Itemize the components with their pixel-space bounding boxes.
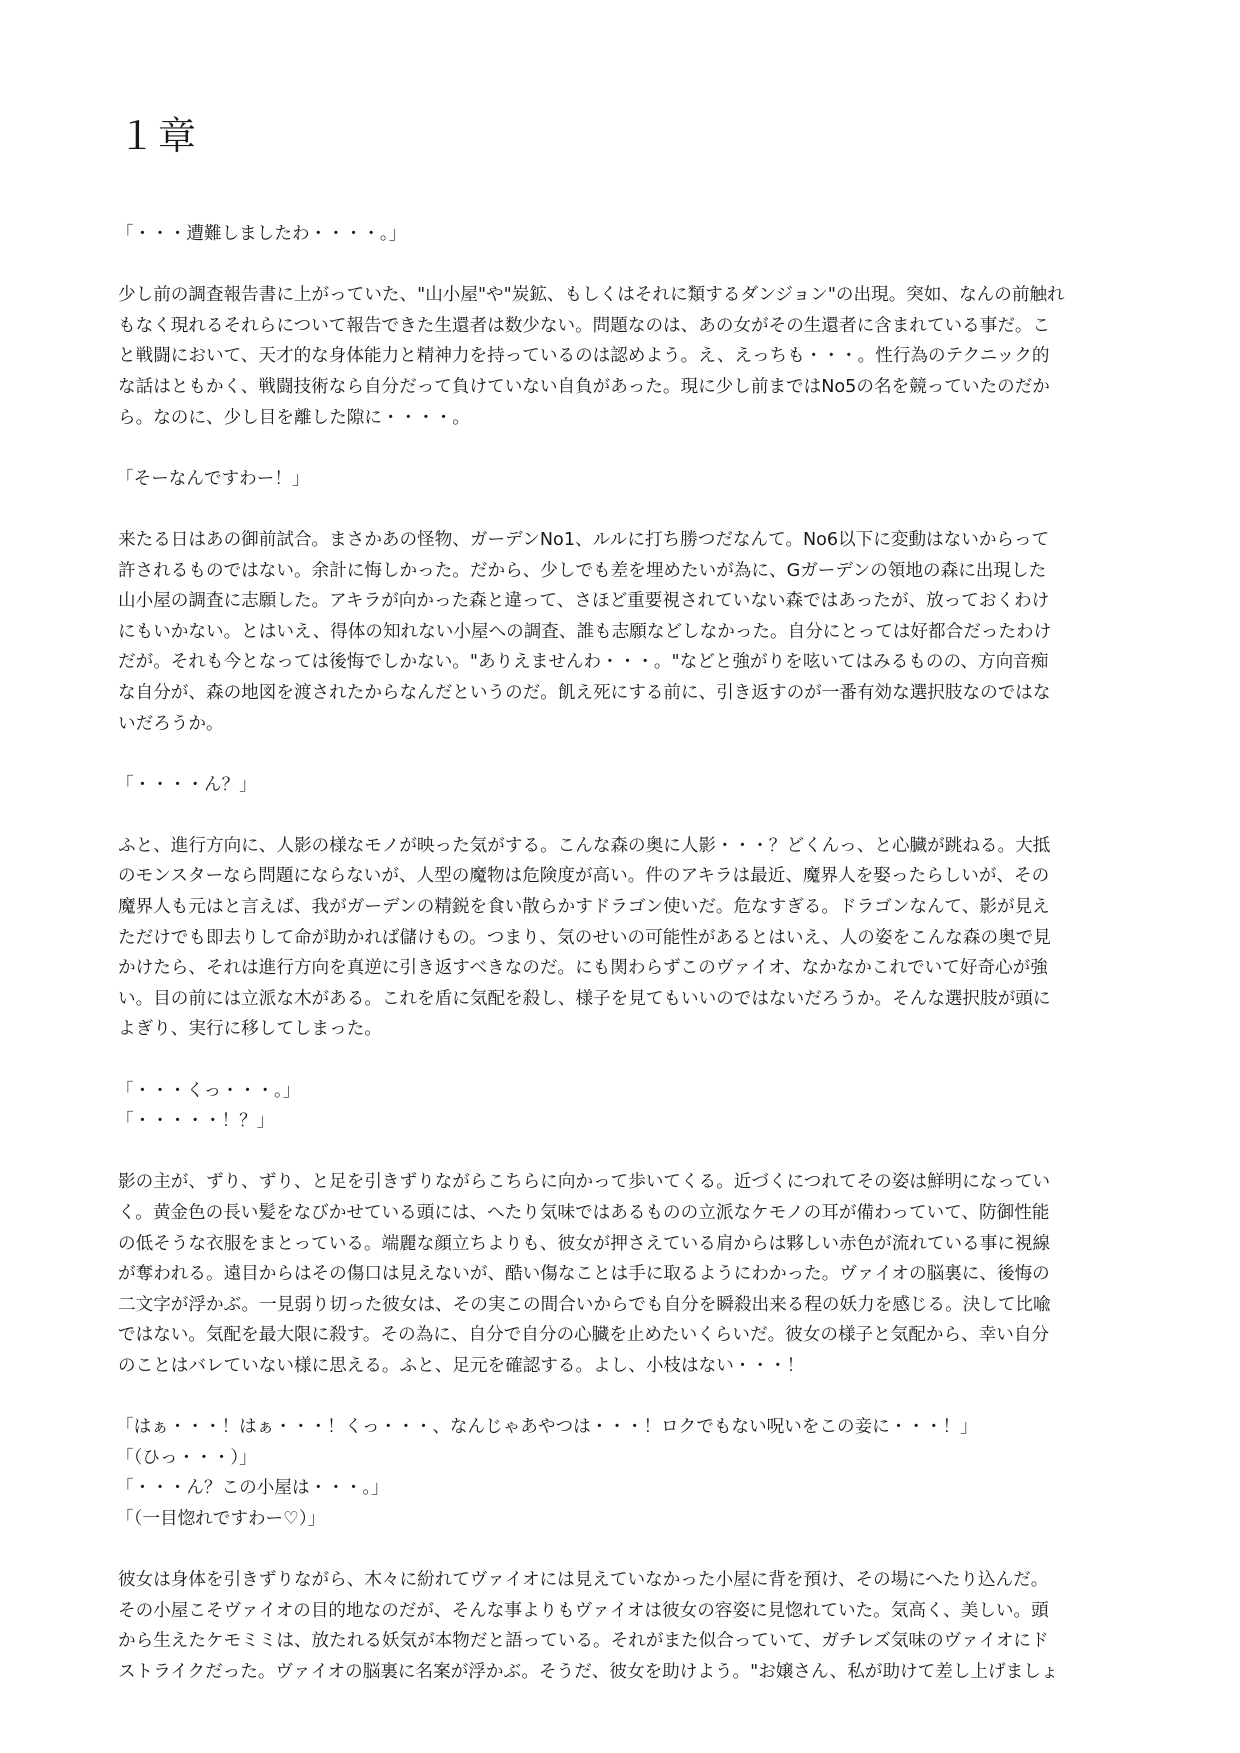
paragraph: 来たる日はあの御前試合。まさかあの怪物、ガーデンNo1、ルルに打ち勝つだなんて。… bbox=[118, 525, 1118, 739]
text-line: よぎり、実行に移してしまった。 bbox=[118, 1014, 1118, 1045]
chapter-title: １章 bbox=[118, 108, 1118, 164]
dialogue-block: 「・・・・ん？」 bbox=[118, 770, 1118, 801]
text-line: かけたら、それは進行方向を真逆に引き返すべきなのだ。にも関わらずこのヴァイオ、な… bbox=[118, 953, 1118, 984]
dialogue-line: 「（ひっ・・・）」 bbox=[118, 1443, 1118, 1474]
text-line: 彼女は身体を引きずりながら、木々に紛れてヴァイオには見えていなかった小屋に背を預… bbox=[118, 1565, 1118, 1596]
text-line: ら。なのに、少し目を離した隙に・・・・。 bbox=[118, 403, 1118, 434]
dialogue-line: 「・・・遭難しましたわ・・・・。」 bbox=[118, 219, 1118, 250]
text-line: だが。それも今となっては後悔でしかない。"ありえませんわ・・・。"などと強がりを… bbox=[118, 647, 1118, 678]
dialogue-line: 「・・・・ん？」 bbox=[118, 770, 1118, 801]
text-line: もなく現れるそれらについて報告できた生還者は数少ない。問題なのは、あの女がその生… bbox=[118, 311, 1118, 342]
text-line: 来たる日はあの御前試合。まさかあの怪物、ガーデンNo1、ルルに打ち勝つだなんて。… bbox=[118, 525, 1118, 556]
text-line: 許されるものではない。余計に悔しかった。だから、少しでも差を埋めたいが為に、Gガ… bbox=[118, 556, 1118, 587]
text-line: 魔界人も元はと言えば、我がガーデンの精鋭を食い散らかすドラゴン使いだ。危なすぎる… bbox=[118, 892, 1118, 923]
dialogue-line: 「はぁ・・・！はぁ・・・！くっ・・・、なんじゃあやつは・・・！ロクでもない呪いを… bbox=[118, 1412, 1118, 1443]
dialogue-line: 「そーなんですわー！」 bbox=[118, 464, 1118, 495]
text-line: 影の主が、ずり、ずり、と足を引きずりながらこちらに向かって歩いてくる。近づくにつ… bbox=[118, 1167, 1118, 1198]
title-spacer bbox=[118, 164, 1118, 219]
text-line: の低そうな衣服をまとっている。端麗な顔立ちよりも、彼女が押さえている肩からは夥し… bbox=[118, 1229, 1118, 1260]
text-line: 山小屋の調査に志願した。アキラが向かった森と違って、さほど重要視されていない森で… bbox=[118, 586, 1118, 617]
dialogue-block: 「・・・遭難しましたわ・・・・。」 bbox=[118, 219, 1118, 250]
dialogue-line: 「・・・くっ・・・。」 bbox=[118, 1076, 1118, 1107]
text-line: な自分が、森の地図を渡されたからなんだというのだ。飢え死にする前に、引き返すのが… bbox=[118, 678, 1118, 709]
text-line: のことはバレていない様に思える。ふと、足元を確認する。よし、小枝はない・・・！ bbox=[118, 1351, 1118, 1382]
document-body: 「・・・遭難しましたわ・・・・。」 少し前の調査報告書に上がっていた、"山小屋"… bbox=[118, 219, 1118, 1688]
text-line: のモンスターなら問題にならないが、人型の魔物は危険度が高い。件のアキラは最近、魔… bbox=[118, 861, 1118, 892]
text-line: ストライクだった。ヴァイオの脳裏に名案が浮かぶ。そうだ、彼女を助けよう。"お嬢さ… bbox=[118, 1657, 1118, 1688]
text-line: その小屋こそヴァイオの目的地なのだが、そんな事よりもヴァイオは彼女の容姿に見惚れ… bbox=[118, 1596, 1118, 1627]
text-line: な話はともかく、戦闘技術なら自分だって負けていない自負があった。現に少し前までは… bbox=[118, 372, 1118, 403]
text-line: いだろうか。 bbox=[118, 709, 1118, 740]
text-line: ふと、進行方向に、人影の様なモノが映った気がする。こんな森の奥に人影・・・？どく… bbox=[118, 831, 1118, 862]
text-line: ただけでも即去りして命が助かれば儲けもの。つまり、気のせいの可能性があるとはいえ… bbox=[118, 923, 1118, 954]
text-line: い。目の前には立派な木がある。これを盾に気配を殺し、様子を見てもいいのではないだ… bbox=[118, 984, 1118, 1015]
dialogue-line: 「・・・・・！？」 bbox=[118, 1106, 1118, 1137]
document-page: １章 「・・・遭難しましたわ・・・・。」 少し前の調査報告書に上がっていた、"山… bbox=[118, 108, 1118, 1718]
paragraph: 少し前の調査報告書に上がっていた、"山小屋"や"炭鉱、もしくはそれに類するダンジ… bbox=[118, 280, 1118, 433]
text-line: 二文字が浮かぶ。一見弱り切った彼女は、その実この間合いからでも自分を瞬殺出来る程… bbox=[118, 1290, 1118, 1321]
dialogue-line: 「（一目惚れですわー♡）」 bbox=[118, 1504, 1118, 1535]
paragraph: 彼女は身体を引きずりながら、木々に紛れてヴァイオには見えていなかった小屋に背を預… bbox=[118, 1565, 1118, 1687]
text-line: にもいかない。とはいえ、得体の知れない小屋への調査、誰も志願などしなかった。自分… bbox=[118, 617, 1118, 648]
paragraph: ふと、進行方向に、人影の様なモノが映った気がする。こんな森の奥に人影・・・？どく… bbox=[118, 831, 1118, 1045]
text-line: 少し前の調査報告書に上がっていた、"山小屋"や"炭鉱、もしくはそれに類するダンジ… bbox=[118, 280, 1118, 311]
text-line: から生えたケモミミは、放たれる妖気が本物だと語っている。それがまた似合っていて、… bbox=[118, 1626, 1118, 1657]
text-line: が奪われる。遠目からはその傷口は見えないが、酷い傷なことは手に取るようにわかった… bbox=[118, 1259, 1118, 1290]
dialogue-block: 「・・・くっ・・・。」 「・・・・・！？」 bbox=[118, 1076, 1118, 1137]
text-line: ではない。気配を最大限に殺す。その為に、自分で自分の心臓を止めたいくらいだ。彼女… bbox=[118, 1320, 1118, 1351]
dialogue-line: 「・・・ん？この小屋は・・・。」 bbox=[118, 1473, 1118, 1504]
text-line: く。黄金色の長い髪をなびかせている頭には、へたり気味ではあるものの立派なケモノの… bbox=[118, 1198, 1118, 1229]
dialogue-block: 「そーなんですわー！」 bbox=[118, 464, 1118, 495]
text-line: と戦闘において、天才的な身体能力と精神力を持っているのは認めよう。え、えっちも・… bbox=[118, 341, 1118, 372]
dialogue-block: 「はぁ・・・！はぁ・・・！くっ・・・、なんじゃあやつは・・・！ロクでもない呪いを… bbox=[118, 1412, 1118, 1534]
paragraph: 影の主が、ずり、ずり、と足を引きずりながらこちらに向かって歩いてくる。近づくにつ… bbox=[118, 1167, 1118, 1381]
